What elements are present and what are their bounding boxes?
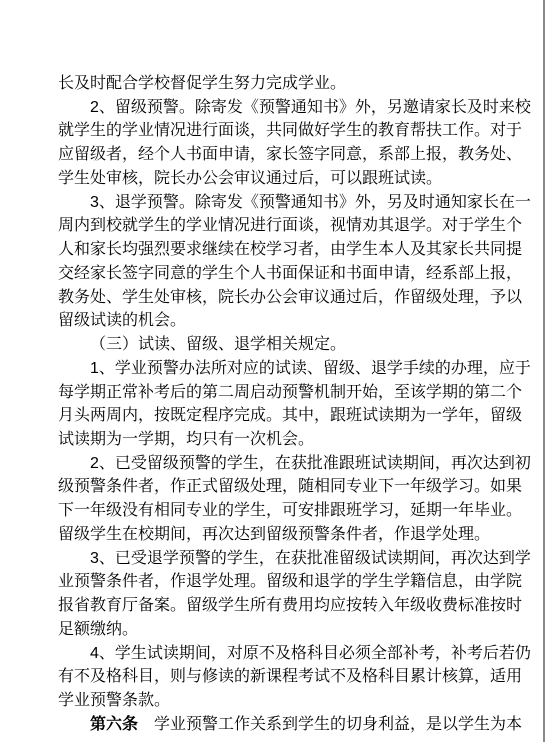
text-line-28: 第六条 学业预警工作关系到学生的切身利益，是以学生为本 — [58, 713, 528, 737]
text-line-12: （三）试读、留级、退学相关规定。 — [58, 333, 528, 357]
text-line-8: 人和家长均强烈要求继续在校学习者，由学生本人及其家长共同提 — [58, 238, 528, 262]
text-line-18: 级预警条件者，作正式留级处理，随相同专业下一年级学习。如果 — [58, 475, 528, 499]
text-segment: 业预警条件者，作退学处理。留级和退学的学生学籍信息，由学院 — [58, 573, 522, 590]
text-line-14: 每学期正常补考后的第二周启动预警机制开始，至该学期的第二个 — [58, 381, 528, 405]
text-segment: 级预警条件者，作正式留级处理，随相同专业下一年级学习。如果 — [58, 478, 522, 495]
text-line-10: 教务处、学生处审核，院长办公会审议通过后，作留级处理，予以 — [58, 286, 528, 310]
text-line-1: 长及时配合学校督促学生努力完成学业。 — [58, 72, 528, 96]
text-segment: 每学期正常补考后的第二周启动预警机制开始，至该学期的第二个 — [58, 384, 522, 401]
text-line-7: 周内到校就学生的学业情况进行面谈，视情劝其退学。对于学生个 — [58, 214, 528, 238]
text-line-19: 下一年级没有相同专业的学生，可安排跟班学习，延期一年毕业。 — [58, 499, 528, 523]
text-segment-bold: 第六条 — [90, 716, 138, 733]
text-segment: 2、已受留级预警的学生，在获批准跟班试读期间，再次达到初 — [90, 455, 531, 472]
text-line-27: 学业预警条款。 — [58, 689, 528, 713]
text-line-24: 足额缴纳。 — [58, 618, 528, 642]
text-segment: 1、学业预警办法所对应的试读、留级、退学手续的办理，应于 — [90, 360, 531, 377]
text-line-26: 有不及格科目，则与修读的新课程考试不及格科目累计核算，适用 — [58, 665, 528, 689]
text-line-11: 留级试读的机会。 — [58, 309, 528, 333]
text-segment: 留级学生在校期间，再次达到留级预警条件者，作退学处理。 — [58, 526, 490, 543]
text-segment: 学业预警工作关系到学生的切身利益，是以学生为本 — [138, 716, 522, 733]
page-right-edge-line — [543, 0, 545, 742]
text-line-17: 2、已受留级预警的学生，在获批准跟班试读期间，再次达到初 — [58, 452, 528, 476]
text-segment: 交经家长签字同意的学生个人书面保证和书面申请，经系部上报， — [58, 265, 522, 282]
text-segment: 月头两周内，按既定程序完成。其中，跟班试读期为一学年，留级 — [58, 407, 522, 424]
text-line-6: 3、退学预警。除寄发《预警通知书》外，另及时通知家长在一 — [58, 191, 528, 215]
text-line-15: 月头两周内，按既定程序完成。其中，跟班试读期为一学年，留级 — [58, 404, 528, 428]
text-segment: 4、学生试读期间，对原不及格科目必须全部补考，补考后若仍 — [90, 645, 531, 662]
text-segment: 2、留级预警。除寄发《预警通知书》外，另邀请家长及时来校 — [90, 99, 531, 116]
text-segment: 应留级者，经个人书面申请，家长签字同意，系部上报，教务处、 — [58, 146, 522, 163]
text-line-3: 就学生的学业情况进行面谈，共同做好学生的教育帮扶工作。对于 — [58, 119, 528, 143]
text-segment: 学业预警条款。 — [58, 692, 170, 709]
text-segment: 报省教育厅备案。留级学生所有费用均应按转入年级收费标准按时 — [58, 597, 522, 614]
text-line-9: 交经家长签字同意的学生个人书面保证和书面申请，经系部上报， — [58, 262, 528, 286]
text-segment: 3、退学预警。除寄发《预警通知书》外，另及时通知家长在一 — [90, 194, 531, 211]
text-segment: 学生处审核，院长办公会审议通过后，可以跟班试读。 — [58, 170, 442, 187]
text-line-2: 2、留级预警。除寄发《预警通知书》外，另邀请家长及时来校 — [58, 96, 528, 120]
text-segment: 长及时配合学校督促学生努力完成学业。 — [58, 75, 346, 92]
text-segment: 下一年级没有相同专业的学生，可安排跟班学习，延期一年毕业。 — [58, 502, 522, 519]
text-segment: 教务处、学生处审核，院长办公会审议通过后，作留级处理，予以 — [58, 289, 522, 306]
text-segment: 足额缴纳。 — [58, 621, 138, 638]
text-line-21: 3、已受退学预警的学生，在获批准留级试读期间，再次达到学 — [58, 547, 528, 571]
text-segment: 3、已受退学预警的学生，在获批准留级试读期间，再次达到学 — [90, 550, 531, 567]
text-line-16: 试读期为一学期，均只有一次机会。 — [58, 428, 528, 452]
text-line-4: 应留级者，经个人书面申请，家长签字同意，系部上报，教务处、 — [58, 143, 528, 167]
text-line-22: 业预警条件者，作退学处理。留级和退学的学生学籍信息，由学院 — [58, 570, 528, 594]
text-segment: 周内到校就学生的学业情况进行面谈，视情劝其退学。对于学生个 — [58, 217, 522, 234]
text-line-20: 留级学生在校期间，再次达到留级预警条件者，作退学处理。 — [58, 523, 528, 547]
document-text-block: 长及时配合学校督促学生努力完成学业。2、留级预警。除寄发《预警通知书》外，另邀请… — [58, 72, 528, 737]
text-line-13: 1、学业预警办法所对应的试读、留级、退学手续的办理，应于 — [58, 357, 528, 381]
text-line-25: 4、学生试读期间，对原不及格科目必须全部补考，补考后若仍 — [58, 642, 528, 666]
text-segment: （三）试读、留级、退学相关规定。 — [90, 336, 346, 353]
text-line-23: 报省教育厅备案。留级学生所有费用均应按转入年级收费标准按时 — [58, 594, 528, 618]
text-line-5: 学生处审核，院长办公会审议通过后，可以跟班试读。 — [58, 167, 528, 191]
text-segment: 就学生的学业情况进行面谈，共同做好学生的教育帮扶工作。对于 — [58, 122, 522, 139]
text-segment: 试读期为一学期，均只有一次机会。 — [58, 431, 314, 448]
text-segment: 有不及格科目，则与修读的新课程考试不及格科目累计核算，适用 — [58, 668, 522, 685]
text-segment: 留级试读的机会。 — [58, 312, 186, 329]
text-segment: 人和家长均强烈要求继续在校学习者，由学生本人及其家长共同提 — [58, 241, 522, 258]
